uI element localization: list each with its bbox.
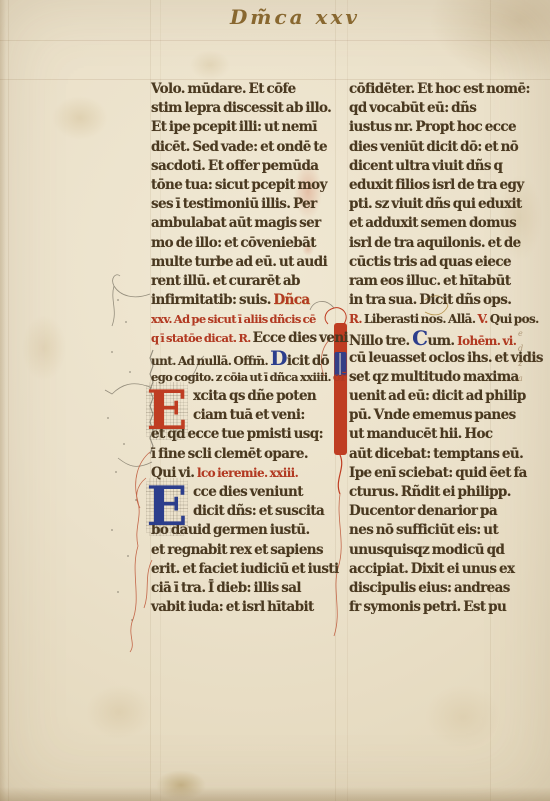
- text-segment: cūctis tris ad quas eiece: [349, 254, 511, 270]
- text-segment: isrl de tra aquilonis. et de: [349, 235, 521, 251]
- text-segment: ciam tuā et veni:: [193, 407, 305, 423]
- text-segment: rent illū. et curarēt ab: [151, 273, 300, 289]
- text-segment: Nillo tre.: [349, 333, 412, 349]
- text-segment: lco ieremie. xxiii.: [197, 466, 298, 480]
- text-segment: icit dō: [287, 353, 329, 369]
- text-line: isrl de tra aquilonis. et de: [349, 234, 531, 253]
- text-segment: nes nō sufficiūt eis: ut: [349, 522, 498, 538]
- text-segment: fr symonis petri. Est pu: [349, 599, 506, 615]
- text-segment: Volo. mūdare. Et cōfe: [151, 81, 296, 97]
- text-line: set qz multitudo maxima: [349, 368, 531, 387]
- text-line: sacdoti. Et offer pemūda: [151, 157, 335, 176]
- penwork-dots: [107, 299, 137, 621]
- text-segment: accipiat. Dixit ei unus ex: [349, 561, 514, 577]
- text-segment: unt. Ad nullā. Offm̄.: [151, 354, 270, 368]
- text-segment: pū. Vnde ememus panes: [349, 407, 516, 423]
- text-segment: eduxit filios isrl de tra egy: [349, 177, 524, 193]
- text-line: ambulabat aūt magis ser: [151, 214, 335, 233]
- page-bottom-edge: [0, 787, 550, 801]
- text-line: pti. sz viuit dñs qui eduxit: [349, 195, 531, 214]
- text-segment: infirmitatib: suis.: [151, 292, 273, 308]
- text-line: dicent ultra viuit dñs q: [349, 157, 531, 176]
- text-line: xxv. Ad pe sicut ī aliis dñcis cē: [151, 310, 335, 329]
- margin-note: edza: [518, 326, 523, 386]
- text-segment: qd vocabūt eū: dñs: [349, 100, 476, 116]
- text-segment: sacdoti. Et offer pemūda: [151, 158, 318, 174]
- text-line: cū leuasset oclos ihs. et vidis: [349, 349, 531, 368]
- text-segment: iustus nr. Propt hoc ecce: [349, 119, 516, 135]
- text-segment: et regnabit rex et sapiens: [151, 542, 323, 558]
- text-line: q ī statōe dicat. R. Ecce dies veni: [151, 329, 335, 348]
- text-line: ciā ī tra. Ī dieb: illis sal: [151, 579, 335, 598]
- text-segment: Ducentor denarior pa: [349, 503, 497, 519]
- text-segment: ī fine scli clemēt opare.: [151, 446, 308, 462]
- text-line: infirmitatib: suis. Dñca: [151, 291, 335, 310]
- text-line: stim lepra discessit ab illo.: [151, 99, 335, 118]
- text-segment: D: [270, 346, 287, 370]
- text-line: vabit iuda: et isrl hītabit: [151, 598, 335, 617]
- text-line: dies veniūt dicit dō: et nō: [349, 138, 531, 157]
- text-segment: dies veniūt dicit dō: et nō: [349, 139, 518, 155]
- text-segment: R.: [349, 312, 364, 326]
- text-line: multe turbe ad eū. ut audi: [151, 253, 335, 272]
- text-line: et adduxit semen domus: [349, 214, 531, 233]
- text-line: unusquisqz modicū qd: [349, 541, 531, 560]
- text-segment: discipulis eius: andreas: [349, 580, 510, 596]
- text-line: cūctis tris ad quas eiece: [349, 253, 531, 272]
- text-line: ut manducēt hii. Hoc: [349, 425, 531, 444]
- ruling-line: [0, 40, 550, 41]
- text-segment: ambulabat aūt magis ser: [151, 215, 321, 231]
- text-line: accipiat. Dixit ei unus ex: [349, 560, 531, 579]
- text-segment: set qz multitudo maxima: [349, 369, 519, 385]
- margin-mark: d: [518, 341, 523, 356]
- text-line: Et ipe pcepit illi: ut nemī: [151, 118, 335, 137]
- text-line: Ipe enī sciebat: quid ēet fa: [349, 464, 531, 483]
- text-segment: stim lepra discessit ab illo.: [151, 100, 331, 116]
- text-segment: Ipe enī sciebat: quid ēet fa: [349, 465, 527, 481]
- text-segment: Et ipe pcepit illi: ut nemī: [151, 119, 317, 135]
- text-segment: Dñca: [273, 292, 309, 308]
- stain: [52, 96, 108, 140]
- text-segment: aūt dicebat: temptans eū.: [349, 446, 523, 462]
- text-line: ī fine scli clemēt opare.: [151, 445, 335, 464]
- initial-E-blue: E: [146, 478, 188, 536]
- stain: [22, 315, 66, 381]
- text-line: fr symonis petri. Est pu: [349, 598, 531, 617]
- margin-mark: z: [518, 356, 523, 371]
- text-line: discipulis eius: andreas: [349, 579, 531, 598]
- text-line: Volo. mūdare. Et cōfe: [151, 80, 335, 99]
- text-line: cōfidēter. Et hoc est nomē:: [349, 80, 531, 99]
- text-segment: cū leuasset oclos ihs. et vidis: [349, 350, 543, 366]
- ruling-line: [347, 0, 348, 801]
- text-line: pū. Vnde ememus panes: [349, 406, 531, 425]
- text-segment: dicēt. Sed vade: et ondē te: [151, 139, 327, 155]
- text-segment: tōne tua: sicut pcepit moy: [151, 177, 327, 193]
- text-line: dicēt. Sed vade: et ondē te: [151, 138, 335, 157]
- text-segment: xcita qs dñe poten: [193, 388, 316, 404]
- text-segment: ut manducēt hii. Hoc: [349, 426, 493, 442]
- text-segment: dicent ultra viuit dñs q: [349, 158, 502, 174]
- stain: [86, 685, 152, 739]
- text-segment: Liberasti nos. Allā.: [364, 312, 477, 326]
- manuscript-leaf: Dm̃ca xxv Volo. mūdare. Et cōfestim lepr…: [0, 0, 550, 801]
- text-segment: in tra sua. Dicit dñs ops.: [349, 292, 511, 308]
- text-line: erit. et faciet iudiciū et iusti: [151, 560, 335, 579]
- text-segment: pti. sz viuit dñs qui eduxit: [349, 196, 522, 212]
- ruling-line: [335, 0, 336, 801]
- text-line: et regnabit rex et sapiens: [151, 541, 335, 560]
- text-segment: C: [412, 326, 427, 350]
- page-left-edge: [0, 0, 6, 801]
- text-segment: dicit dñs: et suscita: [193, 503, 324, 519]
- text-segment: vabit iuda: et isrl hītabit: [151, 599, 314, 615]
- text-column-right: cōfidēter. Et hoc est nomē:qd vocabūt eū…: [349, 80, 531, 617]
- page-heading: Dm̃ca xxv: [165, 5, 425, 29]
- text-line: rent illū. et curarēt ab: [151, 272, 335, 291]
- text-line: in tra sua. Dicit dñs ops.: [349, 291, 531, 310]
- text-line: uenit ad eū: dicit ad philip: [349, 387, 531, 406]
- text-line: cturus. Rñdit ei philipp.: [349, 483, 531, 502]
- text-segment: Iohēm. vi.: [457, 334, 516, 348]
- text-segment: q ī statōe dicat. R.: [151, 331, 253, 345]
- text-segment: multe turbe ad eū. ut audi: [151, 254, 327, 270]
- margin-mark: e: [518, 326, 523, 341]
- text-segment: unusquisqz modicū qd: [349, 542, 504, 558]
- text-line: aūt dicebat: temptans eū.: [349, 445, 531, 464]
- text-segment: V.: [477, 312, 489, 326]
- text-segment: et adduxit semen domus: [349, 215, 516, 231]
- text-line: unt. Ad nullā. Offm̄. Dicit dō: [151, 349, 335, 368]
- text-line: Nillo tre. Cum. Iohēm. vi.: [349, 329, 531, 348]
- text-line: ses ī testimoniū illis. Per: [151, 195, 335, 214]
- stain: [190, 50, 230, 80]
- initial-E-red: E: [146, 382, 188, 440]
- text-line: iustus nr. Propt hoc ecce: [349, 118, 531, 137]
- text-line: mo de illo: et cōveniebāt: [151, 234, 335, 253]
- text-segment: ram eos illuc. et hītabūt: [349, 273, 511, 289]
- text-segment: cce dies veniunt: [193, 484, 303, 500]
- ruling-line: [8, 0, 9, 801]
- margin-mark: a: [518, 371, 523, 386]
- text-line: eduxit filios isrl de tra egy: [349, 176, 531, 195]
- text-segment: um.: [428, 333, 458, 349]
- text-segment: erit. et faciet iudiciū et iusti: [151, 561, 339, 577]
- text-segment: ses ī testimoniū illis. Per: [151, 196, 317, 212]
- text-segment: uenit ad eū: dicit ad philip: [349, 388, 526, 404]
- text-line: tōne tua: sicut pcepit moy: [151, 176, 335, 195]
- text-segment: cturus. Rñdit ei philipp.: [349, 484, 511, 500]
- text-segment: or̄: [333, 370, 346, 384]
- text-line: Ducentor denarior pa: [349, 502, 531, 521]
- text-segment: Ecce dies veni: [253, 330, 348, 346]
- text-line: R. Liberasti nos. Allā. V. Qui pos.: [349, 310, 531, 329]
- text-line: qd vocabūt eū: dñs: [349, 99, 531, 118]
- text-segment: Qui pos.: [490, 312, 539, 326]
- text-segment: xxv. Ad pe sicut ī aliis dñcis cē: [151, 312, 316, 326]
- text-segment: mo de illo: et cōveniebāt: [151, 235, 316, 251]
- text-segment: ciā ī tra. Ī dieb: illis sal: [151, 580, 301, 596]
- text-line: nes nō sufficiūt eis: ut: [349, 521, 531, 540]
- text-line: ram eos illuc. et hītabūt: [349, 272, 531, 291]
- text-segment: cōfidēter. Et hoc est nomē:: [349, 81, 530, 97]
